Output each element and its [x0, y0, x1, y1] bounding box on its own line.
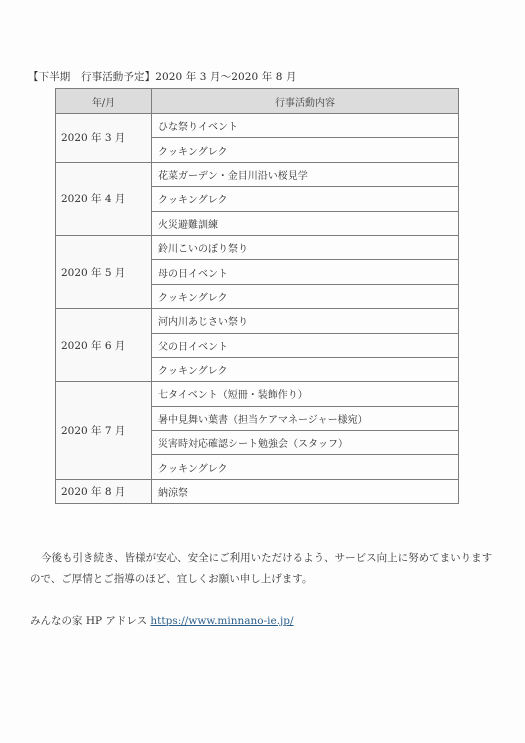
website-line: みんなの家 HP アドレス https://www.minnano-ie.jp/	[30, 613, 294, 628]
event-cell: ひな祭りイベント	[152, 114, 459, 138]
event-cell: 鈴川こいのぼり祭り	[152, 235, 459, 259]
closing-paragraph: 今後も引き続き、皆様が安心、安全にご利用いただけるよう、サービス向上に努めてまい…	[30, 548, 500, 590]
table-row: 2020 年 4 月 花菜ガーデン・金目川沿い桜見学	[56, 162, 459, 186]
event-cell: 母の日イベント	[152, 260, 459, 284]
table-header-row: 年/月 行事活動内容	[56, 89, 459, 114]
document-page: 【下半期 行事活動予定】2020 年 3 月～2020 年 8 月 年/月 行事…	[0, 0, 525, 743]
event-cell: 父の日イベント	[152, 333, 459, 357]
table-row: 2020 年 3 月 ひな祭りイベント	[56, 114, 459, 138]
event-cell: クッキングレク	[152, 357, 459, 381]
schedule-heading: 【下半期 行事活動予定】2020 年 3 月～2020 年 8 月	[28, 69, 297, 84]
event-cell: 納涼祭	[152, 479, 459, 503]
event-cell: 災害時対応確認シート勉強会（スタッフ）	[152, 431, 459, 455]
event-cell: クッキングレク	[152, 284, 459, 308]
event-cell: クッキングレク	[152, 187, 459, 211]
table-row: 2020 年 5 月 鈴川こいのぼり祭り	[56, 235, 459, 259]
closing-message: 今後も引き続き、皆様が安心、安全にご利用いただけるよう、サービス向上に努めてまい…	[30, 548, 500, 590]
event-schedule-table: 年/月 行事活動内容 2020 年 3 月 ひな祭りイベント クッキングレク 2…	[55, 88, 459, 504]
event-cell: 河内川あじさい祭り	[152, 309, 459, 333]
month-cell-june: 2020 年 6 月	[56, 309, 152, 382]
website-label: みんなの家 HP アドレス	[30, 615, 150, 627]
column-header-events: 行事活動内容	[152, 89, 459, 114]
event-cell: 七タイベント（短冊・装飾作り）	[152, 382, 459, 406]
table-row: 2020 年 7 月 七タイベント（短冊・装飾作り）	[56, 382, 459, 406]
month-cell-april: 2020 年 4 月	[56, 162, 152, 235]
column-header-month: 年/月	[56, 89, 152, 114]
table-row: 2020 年 8 月 納涼祭	[56, 479, 459, 503]
month-cell-march: 2020 年 3 月	[56, 114, 152, 163]
event-cell: クッキングレク	[152, 455, 459, 479]
event-cell: 花菜ガーデン・金目川沿い桜見学	[152, 162, 459, 186]
event-cell: 火災避難訓練	[152, 211, 459, 235]
table-row: 2020 年 6 月 河内川あじさい祭り	[56, 309, 459, 333]
event-cell: 暑中見舞い葉書（担当ケアマネージャー様宛）	[152, 406, 459, 430]
website-link[interactable]: https://www.minnano-ie.jp/	[150, 615, 293, 627]
month-cell-may: 2020 年 5 月	[56, 235, 152, 308]
month-cell-august: 2020 年 8 月	[56, 479, 152, 503]
month-cell-july: 2020 年 7 月	[56, 382, 152, 480]
event-cell: クッキングレク	[152, 138, 459, 162]
